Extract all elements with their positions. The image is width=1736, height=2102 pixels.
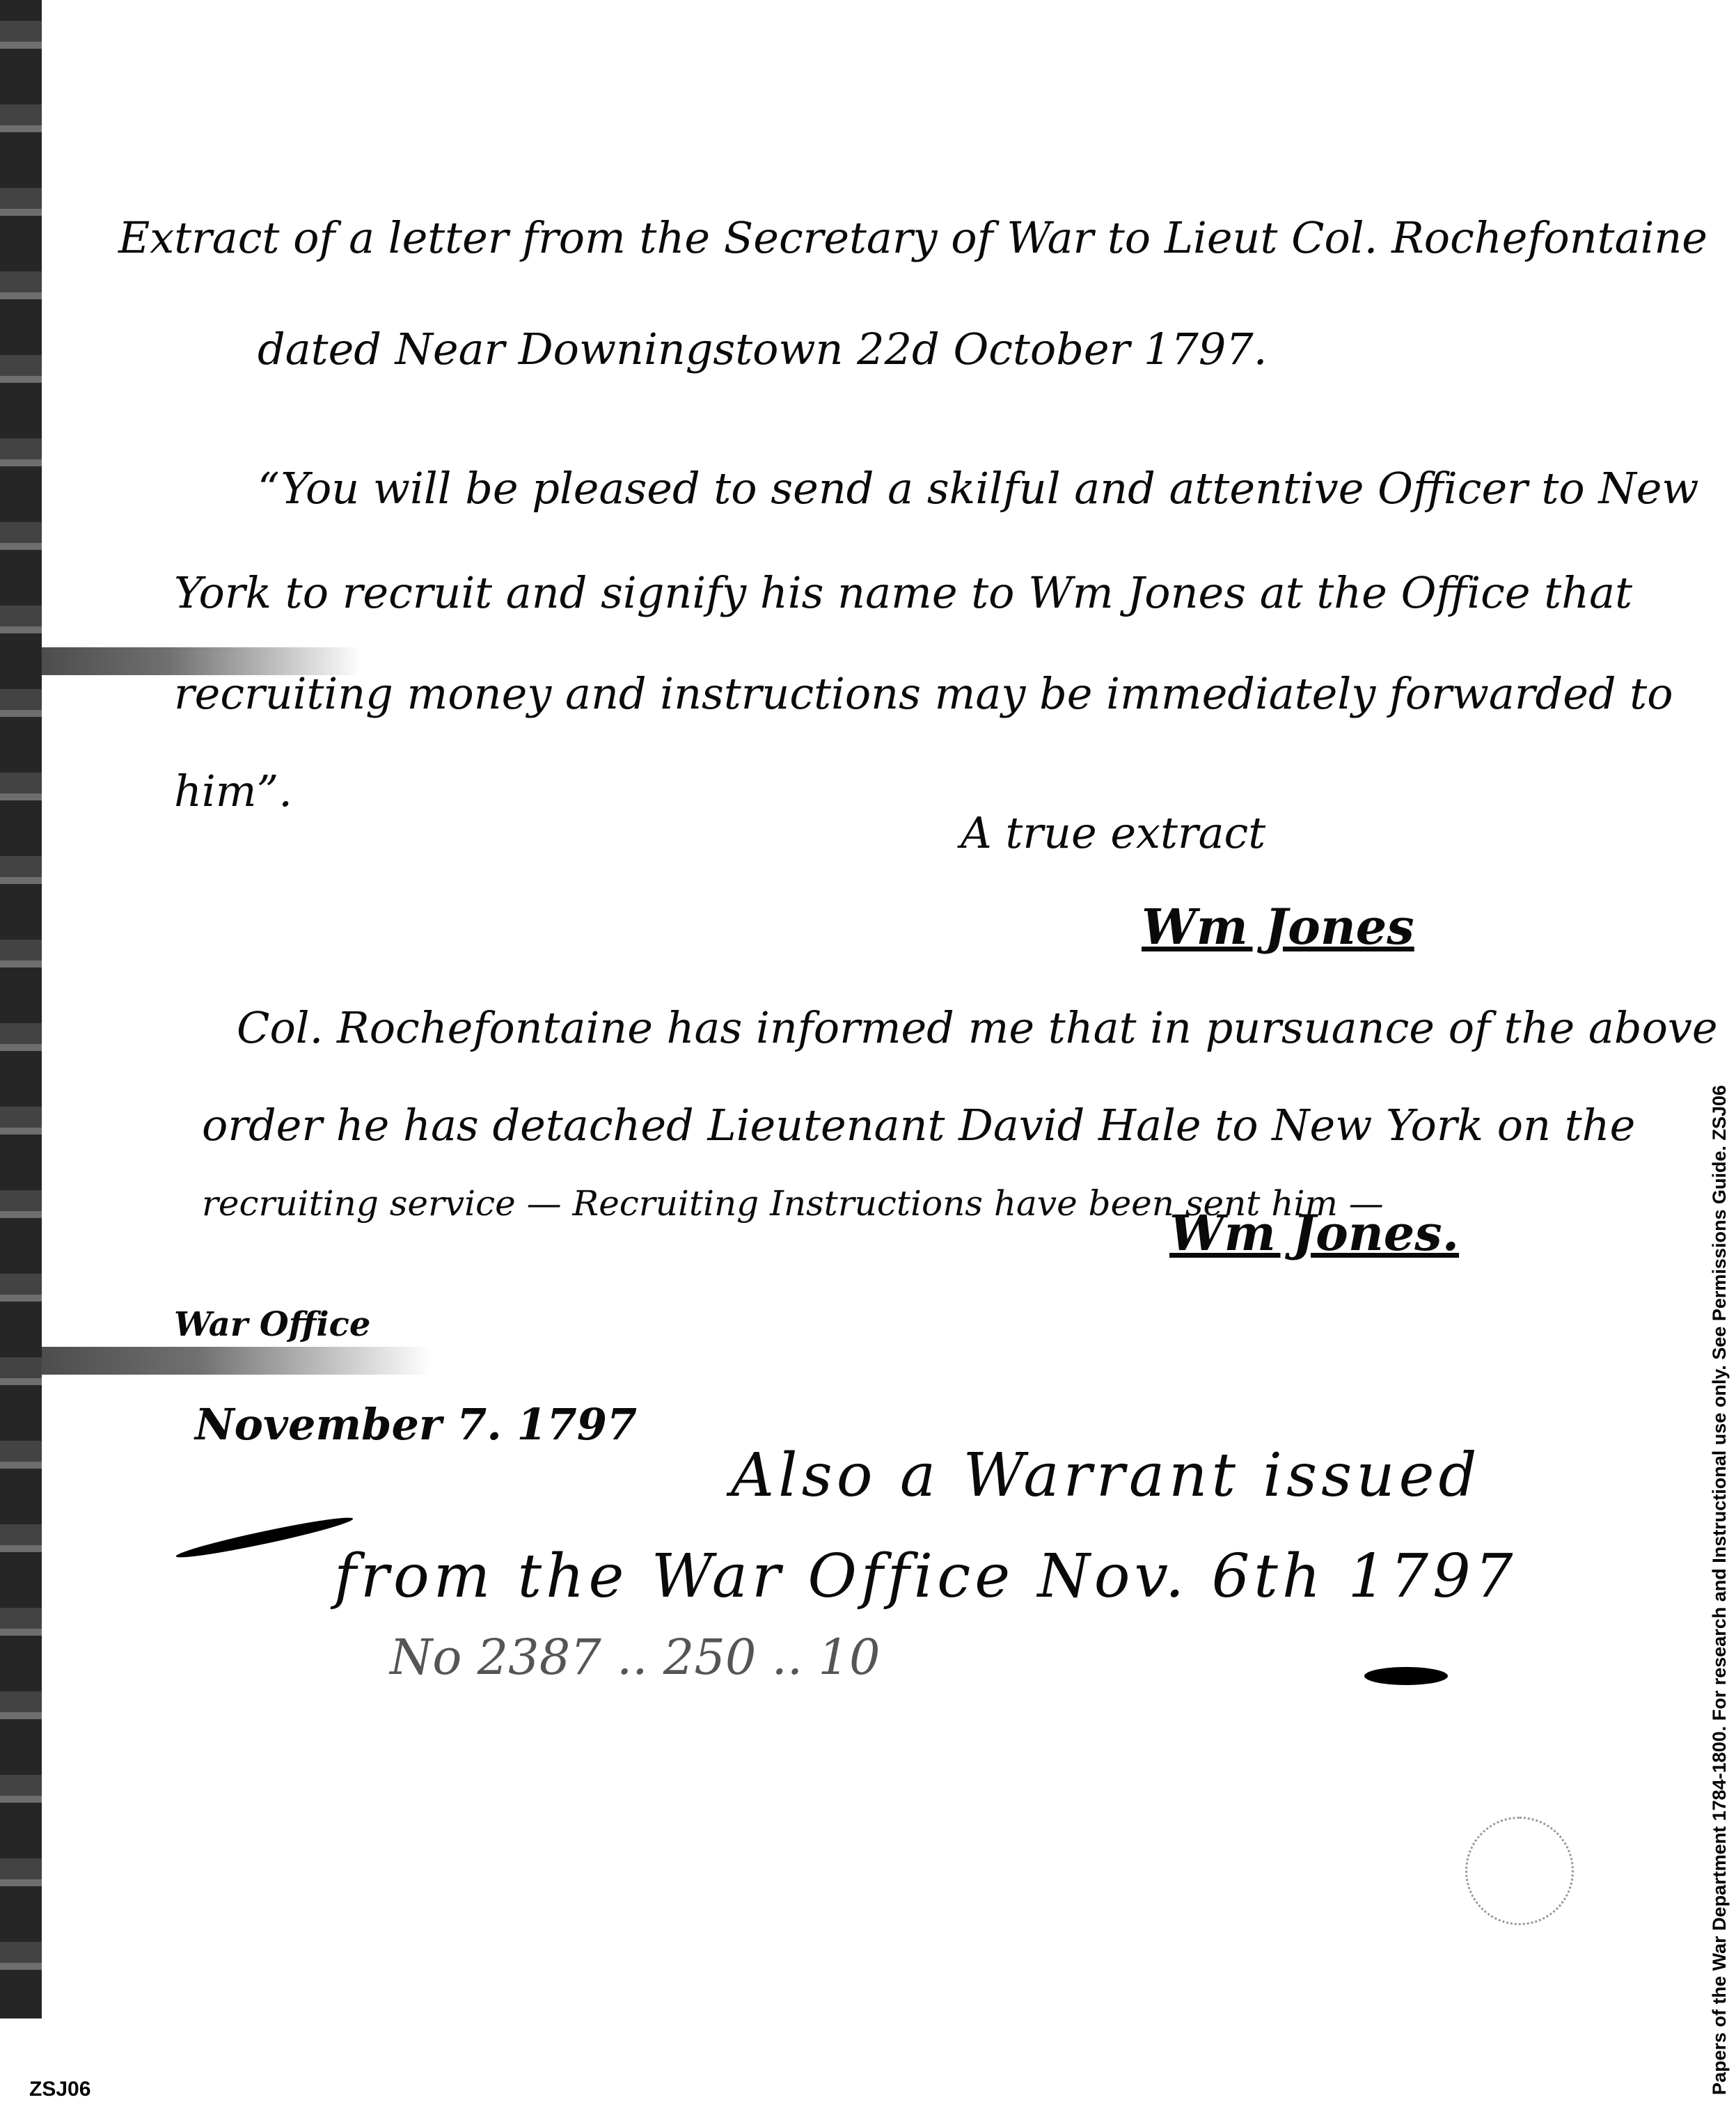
place-line: War Office <box>174 1305 370 1344</box>
note-line-1: Col. Rochefontaine has informed me that … <box>237 1002 1718 1053</box>
quote-line-3: recruiting money and instructions may be… <box>174 668 1673 719</box>
addendum-line-1: Also a Warrant issued <box>731 1441 1481 1510</box>
heading-line-1: Extract of a letter from the Secretary o… <box>118 212 1707 263</box>
footer-document-id: ZSJ06 <box>29 2078 90 2101</box>
attestation: A true extract <box>961 807 1265 858</box>
library-stamp <box>1465 1817 1574 1925</box>
vertical-usage-notice: Papers of the War Department 1784-1800. … <box>1709 1085 1730 2095</box>
heading-line-2: dated Near Downingstown 22d October 1797… <box>258 324 1267 374</box>
ink-blot <box>1364 1667 1448 1685</box>
pencil-note: No 2387 .. 250 .. 10 <box>390 1629 880 1686</box>
pen-stroke <box>175 1512 354 1563</box>
addendum-line-2: from the War Office Nov. 6th 1797 <box>334 1542 1517 1611</box>
quote-line-2: York to recruit and signify his name to … <box>174 567 1632 618</box>
paper-fold-shadow <box>42 1347 432 1375</box>
scanned-page-edge <box>0 0 42 2018</box>
note-line-2: order he has detached Lieutenant David H… <box>202 1100 1635 1151</box>
signature-1: Wm Jones <box>1142 898 1414 956</box>
signature-2: Wm Jones. <box>1169 1204 1459 1262</box>
quote-line-1: “You will be pleased to send a skilful a… <box>258 463 1698 514</box>
quote-line-4: him”. <box>174 766 292 816</box>
date-line: November 7. 1797 <box>195 1399 637 1450</box>
